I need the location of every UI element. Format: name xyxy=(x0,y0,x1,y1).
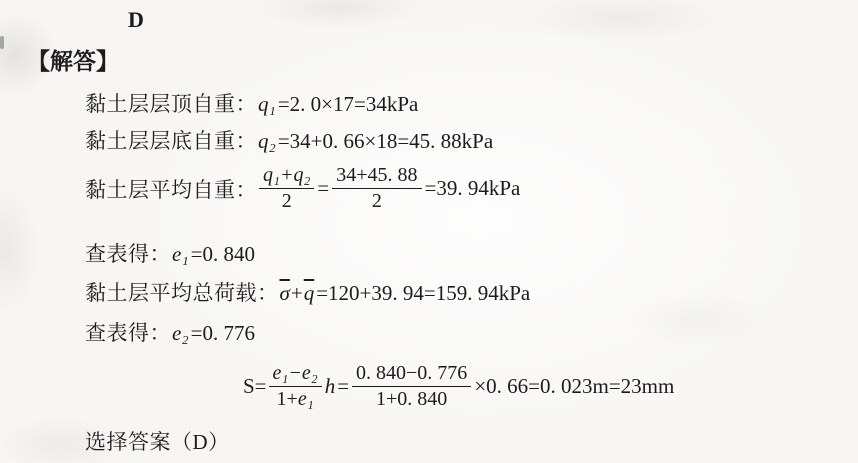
var-h: h xyxy=(325,374,336,399)
settlement-lhs: S= xyxy=(243,374,267,399)
expression: =0. 840 xyxy=(191,242,255,266)
line-clay-top-selfweight: 黏土层层顶自重：q₁=2. 0×17=34kPa xyxy=(85,88,419,118)
var-q1: q₁ xyxy=(258,92,276,116)
fraction-numerator: e₁−e₂ xyxy=(269,362,322,387)
line-clay-bottom-selfweight: 黏土层层底自重：q₂=34+0. 66×18=45. 88kPa xyxy=(85,125,494,155)
line-label: 黏土层层顶自重： xyxy=(85,92,257,116)
fraction-denominator: 2 xyxy=(372,189,382,213)
line-table-lookup-e1: 查表得：e₁=0. 840 xyxy=(85,238,256,268)
result-expression: ×0. 66=0. 023m=23mm xyxy=(474,374,674,399)
scanned-solution-page: D 【解答】 黏土层层顶自重：q₁=2. 0×17=34kPa 黏土层层底自重：… xyxy=(0,0,858,463)
line-settlement-equation: S= e₁−e₂ 1+e₁ h = 0. 840−0. 776 1+0. 840… xyxy=(243,362,675,411)
equals-sign: = xyxy=(317,176,329,201)
denominator-variable: e₁ xyxy=(298,388,314,410)
fraction-denominator: 1+e₁ xyxy=(277,387,314,411)
fraction-numerator: 0. 840−0. 776 xyxy=(352,362,471,387)
line-table-lookup-e2: 查表得：e₂=0. 776 xyxy=(85,317,256,347)
fraction-denominator: 2 xyxy=(282,189,292,213)
fraction-34-plus-45.88-over-2: 34+45. 88 2 xyxy=(332,164,421,213)
line-label: 黏土层平均总荷载： xyxy=(85,281,279,305)
line-clay-average-selfweight: 黏土层平均自重： q₁+q₂ 2 = 34+45. 88 2 =39. 94kP… xyxy=(85,164,521,213)
expression: =0. 776 xyxy=(191,321,255,345)
denominator-constant: 1+ xyxy=(277,388,298,410)
result-expression: =39. 94kPa xyxy=(425,176,521,201)
line-chosen-answer: 选择答案（D） xyxy=(85,426,230,456)
expression: =120+39. 94=159. 94kPa xyxy=(316,281,530,305)
expression: =2. 0×17=34kPa xyxy=(278,92,419,116)
answer-letter: D xyxy=(128,7,145,33)
line-label: 黏土层平均自重： xyxy=(85,174,257,204)
solution-header: 【解答】 xyxy=(27,43,119,76)
var-e2: e₂ xyxy=(172,321,189,345)
var-e1: e₁ xyxy=(172,242,189,266)
fraction-denominator: 1+0. 840 xyxy=(376,387,447,411)
var-sigma-bar: σ xyxy=(280,281,290,305)
fraction-numerator: q₁+q₂ xyxy=(259,164,314,189)
fraction-e1-minus-e2-over-1-plus-e1: e₁−e₂ 1+e₁ xyxy=(269,362,322,411)
var-q2: q₂ xyxy=(258,129,276,153)
line-label: 黏土层层底自重： xyxy=(85,129,257,153)
expression: =34+0. 66×18=45. 88kPa xyxy=(278,129,493,153)
plus-sign: + xyxy=(291,281,303,305)
scan-edge-mark xyxy=(0,36,4,49)
line-label: 查表得： xyxy=(85,321,171,345)
chosen-answer-label: 选择答案（D） xyxy=(85,430,230,454)
equals-sign: = xyxy=(337,374,349,399)
fraction-numerator: 34+45. 88 xyxy=(332,164,421,189)
fraction-0.840-minus-0.776-over-1-plus-0.840: 0. 840−0. 776 1+0. 840 xyxy=(352,362,471,411)
line-label: 查表得： xyxy=(85,242,171,266)
fraction-q1-plus-q2-over-2: q₁+q₂ 2 xyxy=(259,164,314,213)
var-q-bar: q xyxy=(304,281,315,305)
line-clay-average-total-load: 黏土层平均总荷载：σ+q=120+39. 94=159. 94kPa xyxy=(85,277,531,307)
